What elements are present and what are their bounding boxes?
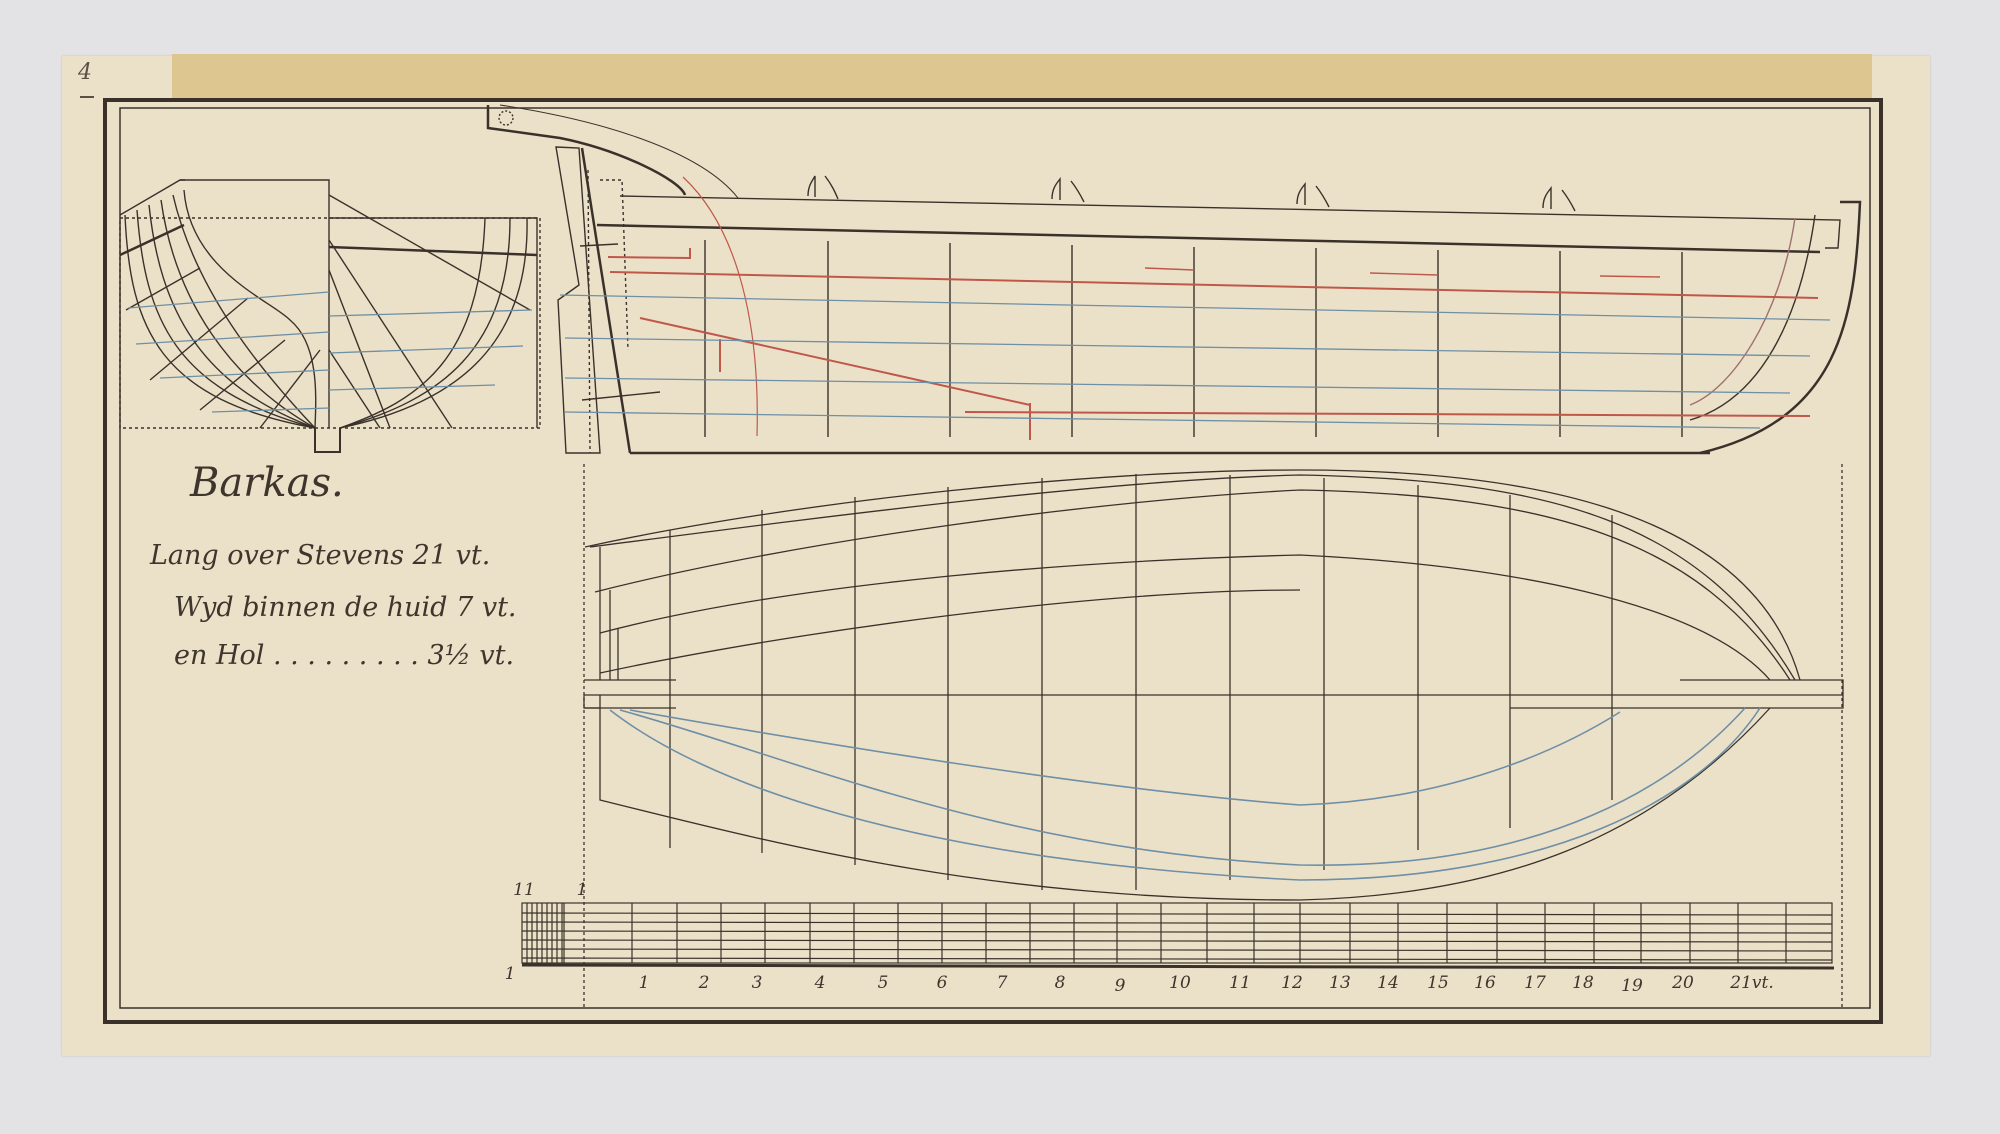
- scale-label: 21vt.: [1730, 973, 1773, 993]
- scale-left-mark-top: 11: [513, 880, 535, 900]
- boat-title: Barkas.: [190, 460, 344, 506]
- spec-length-label: Lang over Stevens: [150, 540, 404, 571]
- spec-breadth: Wyd binnen de huid 7 vt.: [174, 592, 517, 623]
- scale-label: 10: [1169, 973, 1191, 993]
- scale-label: 13: [1329, 973, 1351, 993]
- scale-bar-fine-divisions: [527, 903, 562, 963]
- scale-label: 9: [1115, 976, 1126, 996]
- scale-label: 18: [1572, 973, 1594, 993]
- spec-depth-label: en Hol . . . . . . . . .: [174, 640, 419, 671]
- sheer-profile: [488, 105, 1860, 453]
- scale-label: 3: [752, 973, 763, 993]
- scale-label: 17: [1524, 973, 1546, 993]
- spec-length: Lang over Stevens 21 vt.: [150, 540, 490, 571]
- scale-label: 19: [1621, 976, 1643, 996]
- spec-length-value: 21 vt.: [413, 540, 491, 571]
- scale-label: 12: [1281, 973, 1303, 993]
- scale-label: 5: [878, 973, 889, 993]
- scale-label: 2: [699, 973, 710, 993]
- scale-label: 16: [1474, 973, 1496, 993]
- scale-label: 11: [1229, 973, 1251, 993]
- spec-breadth-label: Wyd binnen de huid: [174, 592, 447, 623]
- scale-bar-horizontal-rules: [522, 913, 1832, 960]
- spec-depth-value: 3½ vt.: [427, 640, 514, 671]
- profile-waterlines: [560, 295, 1830, 428]
- spec-breadth-value: 7 vt.: [456, 592, 516, 623]
- scale-label: 15: [1427, 973, 1449, 993]
- scale-label: 14: [1377, 973, 1399, 993]
- scale-label: 7: [997, 973, 1008, 993]
- scale-left-mark-second: 1: [577, 880, 588, 900]
- scale-label: 8: [1055, 973, 1066, 993]
- half-breadth-plan: [584, 464, 1843, 1010]
- half-breadth-blue-lines: [610, 708, 1760, 880]
- scale-label: 6: [937, 973, 948, 993]
- scale-label: 20: [1672, 973, 1694, 993]
- scale-label: 4: [815, 973, 826, 993]
- scale-bar: [522, 903, 1834, 968]
- scale-label: 1: [639, 973, 650, 993]
- spec-depth: en Hol . . . . . . . . . 3½ vt.: [174, 640, 514, 671]
- scale-start-label: 1: [505, 964, 516, 984]
